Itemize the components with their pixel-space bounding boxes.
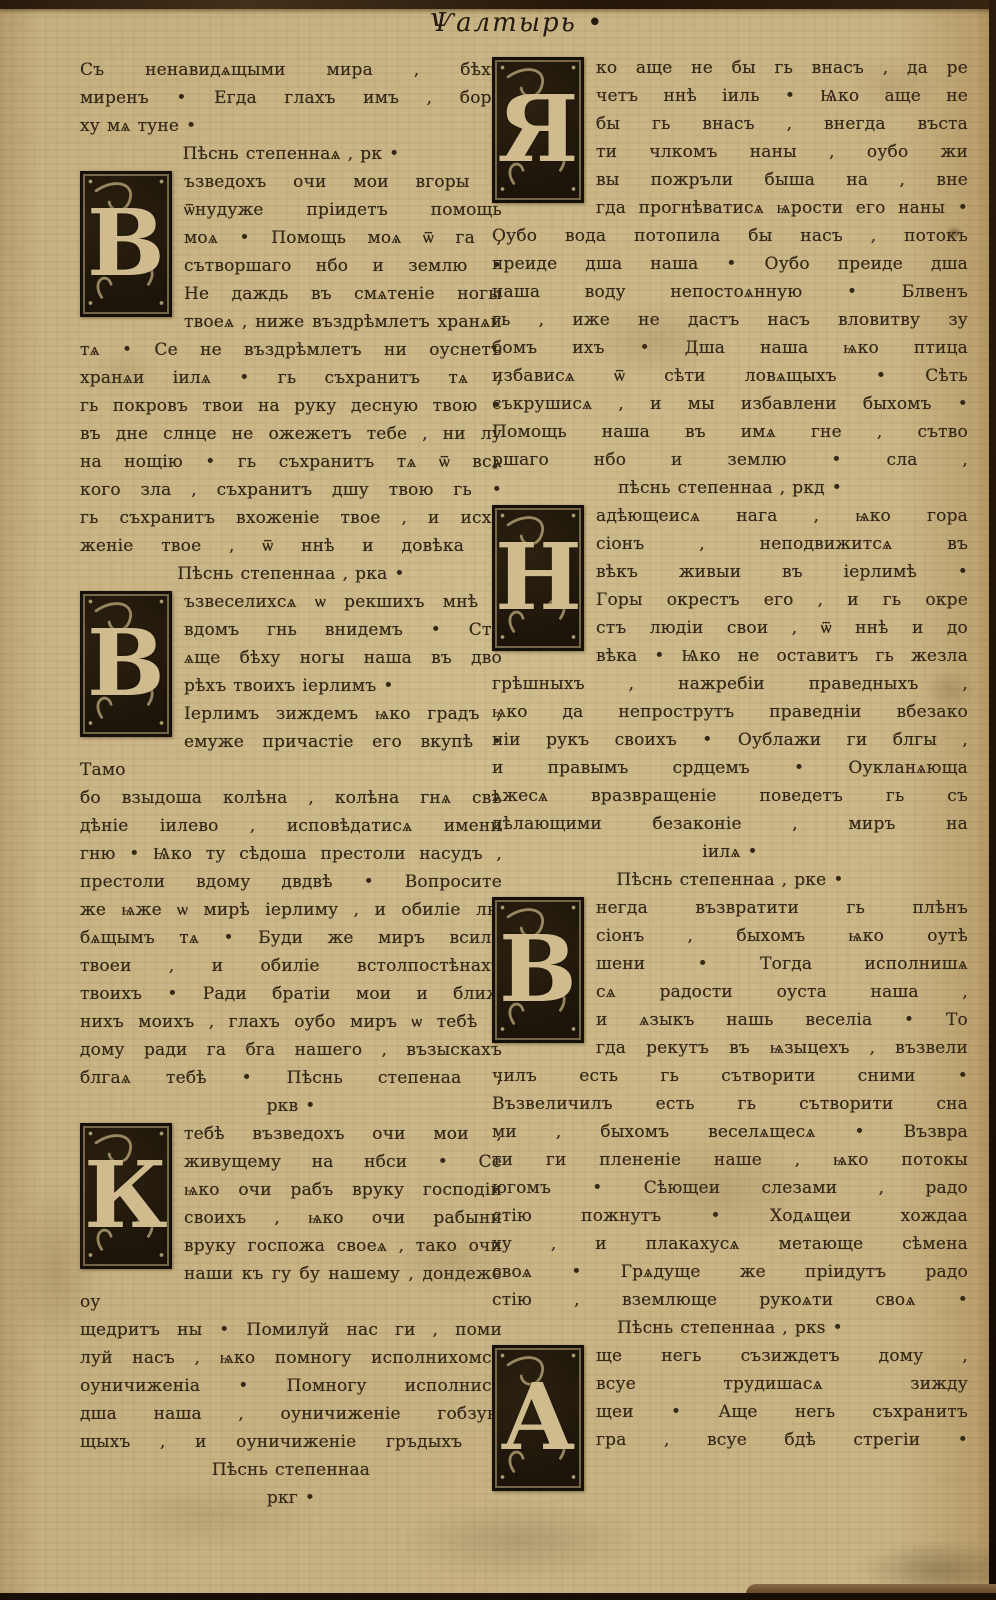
column-right: Я ко аще не бы гь внасъ , да речетъ ннѣ … [492,54,968,1493]
running-header: Ѱалтырь • [0,8,996,38]
text-line: кого зла , съхранитъ дшу твою гь • [80,476,502,504]
psalm-number-122: ркв • [80,1092,502,1120]
text-line: дѣлающими безаконіе , миръ на [492,810,968,838]
stain [400,1500,640,1580]
text-line: нихъ моихъ , глахъ оубо миръ ѡ тебѣ • [80,1008,502,1036]
text-line: на нощію • гь съхранитъ тѧ ѿ всѧ [80,448,502,476]
text-line: гню • Ѩко ту сѣдоша престоли насудъ , [80,840,502,868]
paragraph-psalm123: Я ко аще не бы гь внасъ , да речетъ ннѣ … [492,54,968,474]
psalm-number-123: ркг • [80,1484,502,1512]
text-line: ршаго нбо и землю • сла , [492,446,968,474]
paragraph-psalm125: В негда възвратити гь плѣнъсіонъ , быхом… [492,894,968,1314]
text-line: щедритъ ны • Помилуй нас ги , поми [80,1316,502,1344]
text-line: югомъ • Сѣющеи слезами , радо [492,1174,968,1202]
text-line: гь покровъ твои на руку десную твою • [80,392,502,420]
text-line: стію пожнутъ • Ходѧщеи хождаа [492,1202,968,1230]
text-line: оуничиженіа • Помногу исполнисѧ [80,1372,502,1400]
drop-cap-letter: В [495,900,581,1040]
scanned-psalter-page: { "header": { "title": "Ѱалтырь •" }, "c… [0,0,996,1600]
psalm-heading-120: Пѣснь степеннаѧ , рк • [80,140,502,168]
text-line: и правымъ срдцемъ • Оукланѧюща [492,754,968,782]
text-line: избависѧ ѿ сѣти ловѧщыхъ • Сѣть [492,362,968,390]
drop-cap-letter: Я [495,60,581,200]
text-line: стію , вземлюще рукоѧти своѧ • [492,1286,968,1314]
drop-cap-ve: В [492,897,584,1043]
page-edge-right [989,0,996,1600]
psalm-heading-124: пѣснь степеннаа , ркд • [492,474,968,502]
text-line: бомъ ихъ • Дша наша ѩко птица [492,334,968,362]
drop-cap-ya: Я [492,57,584,203]
drop-cap-letter: В [83,174,169,314]
psalm-heading-121: Пѣснь степеннаа , рка • [80,560,502,588]
text-line: гь съхранитъ вхоженіе твое , и исхо [80,504,502,532]
paragraph-psalm122: К тебѣ възведохъ очи мои ,живущему на нб… [80,1120,502,1456]
drop-cap-en: Н [492,505,584,651]
paragraph-psalm121: В ъзвеселихсѧ ѡ рекшихъ мнѣ ,вдомъ гнь в… [80,588,502,1092]
text-line: въ дне слнце не ожежетъ тебе , ни лу [80,420,502,448]
paragraph-psalm124: Н адѣющеисѧ нага , ѩко горасіонъ , непод… [492,502,968,838]
drop-cap-letter: А [495,1348,581,1488]
drop-cap-ka: К [80,1123,172,1269]
text-line: ѧжесѧ вразвращеніе поведетъ гь съ [492,782,968,810]
page-edge-bottom [0,1593,996,1600]
text-line: Съ ненавидѧщыми мира , бѣхъ [80,56,502,84]
text-line: грѣшныхъ , нажребіи праведныхъ , [492,670,968,698]
psalm-heading-123: Пѣснь степеннаа [80,1456,502,1484]
paragraph-psalm126: А ще негь съзиждетъ дому ,всуе трудишасѧ… [492,1342,968,1493]
text-line: тѧ • Се не въздрѣмлетъ ни оуснетъ [80,336,502,364]
paragraph-psalm119-end: Съ ненавидѧщыми мира , бѣхъмиренъ • Егда… [80,56,502,140]
column-left: Съ ненавидѧщыми мира , бѣхъмиренъ • Егда… [80,56,502,1512]
text-line: наша воду непостоѧнную • Блвенъ [492,278,968,306]
text-line: бѧщымъ тѧ • Буди же миръ всилѣ [80,924,502,952]
text-line: гь , иже не дастъ насъ вловитву зу [492,306,968,334]
text-line: чилъ есть гь сътворити сними • [492,1062,968,1090]
text-line: щыхъ , и оуничиженіе гръдыхъ • [80,1428,502,1456]
text-line: ніи рукъ своихъ • Оублажи ги блгы , [492,726,968,754]
text-line: блгаѧ тебѣ • Пѣснь степенаа , [80,1064,502,1092]
drop-cap-ve: В [80,171,172,317]
text-line: твоихъ • Ради братіи мои и ближ [80,980,502,1008]
text-line: ху мѧ туне • [80,112,502,140]
drop-cap-letter: Н [495,508,581,648]
text-line: дша наша , оуничиженіе гобзую [80,1400,502,1428]
text-line: ху , и плакахусѧ метающе сѣмена [492,1230,968,1258]
text-line: луй насъ , ѩко помногу исполнихомсѧ [80,1344,502,1372]
text-line: Възвеличилъ есть гь сътворити сна [492,1090,968,1118]
drop-cap-letter: К [83,1126,169,1266]
text-line: Помощь наша въ имѧ гне , сътво [492,418,968,446]
text-line: дому ради га бга нашего , възыскахъ [80,1036,502,1064]
psalm-heading-125: Пѣснь степеннаа , рке • [492,866,968,894]
page-edge-top [0,0,996,9]
drop-cap-ve: В [80,591,172,737]
text-line: преиде дша наша • Оубо преиде дша [492,250,968,278]
text-line: хранѧи іилѧ • гь съхранитъ тѧ , [80,364,502,392]
drop-cap-az: А [492,1345,584,1491]
text-line: миренъ • Егда глахъ имъ , борѧ [80,84,502,112]
text-line: женіе твое , ѿ ннѣ и довѣка • [80,532,502,560]
text-line: же ѩже ѡ мирѣ іерлиму , и обиліе лю [80,896,502,924]
psalm-heading-126: Пѣснь степеннаа , ркѕ • [492,1314,968,1342]
text-line: съкрушисѧ , и мы избавлени быхомъ • [492,390,968,418]
text-line: бо взыдоша колѣна , колѣна гнѧ свѣ [80,784,502,812]
text-line: ѩко да непрострутъ праведніи вбезако [492,698,968,726]
text-line: Оубо вода потопила бы насъ , потокъ [492,222,968,250]
psalm-124-ending: іилѧ • [492,838,968,866]
text-line: своѧ • Грѧдуще же пріидутъ радо [492,1258,968,1286]
text-line: дѣніе іилево , исповѣдатисѧ имени [80,812,502,840]
text-line: ти ги плененіе наше , ѩко потокы [492,1146,968,1174]
text-line: престоли вдому двдвѣ • Вопросите [80,868,502,896]
paragraph-psalm120: В ъзведохъ очи мои вгоры ,ѿнудуже пріиде… [80,168,502,560]
text-line: ми , быхомъ веселѧщесѧ • Възвра [492,1118,968,1146]
text-line: твоеи , и обиліе встолпостѣнахъ [80,952,502,980]
drop-cap-letter: В [83,594,169,734]
